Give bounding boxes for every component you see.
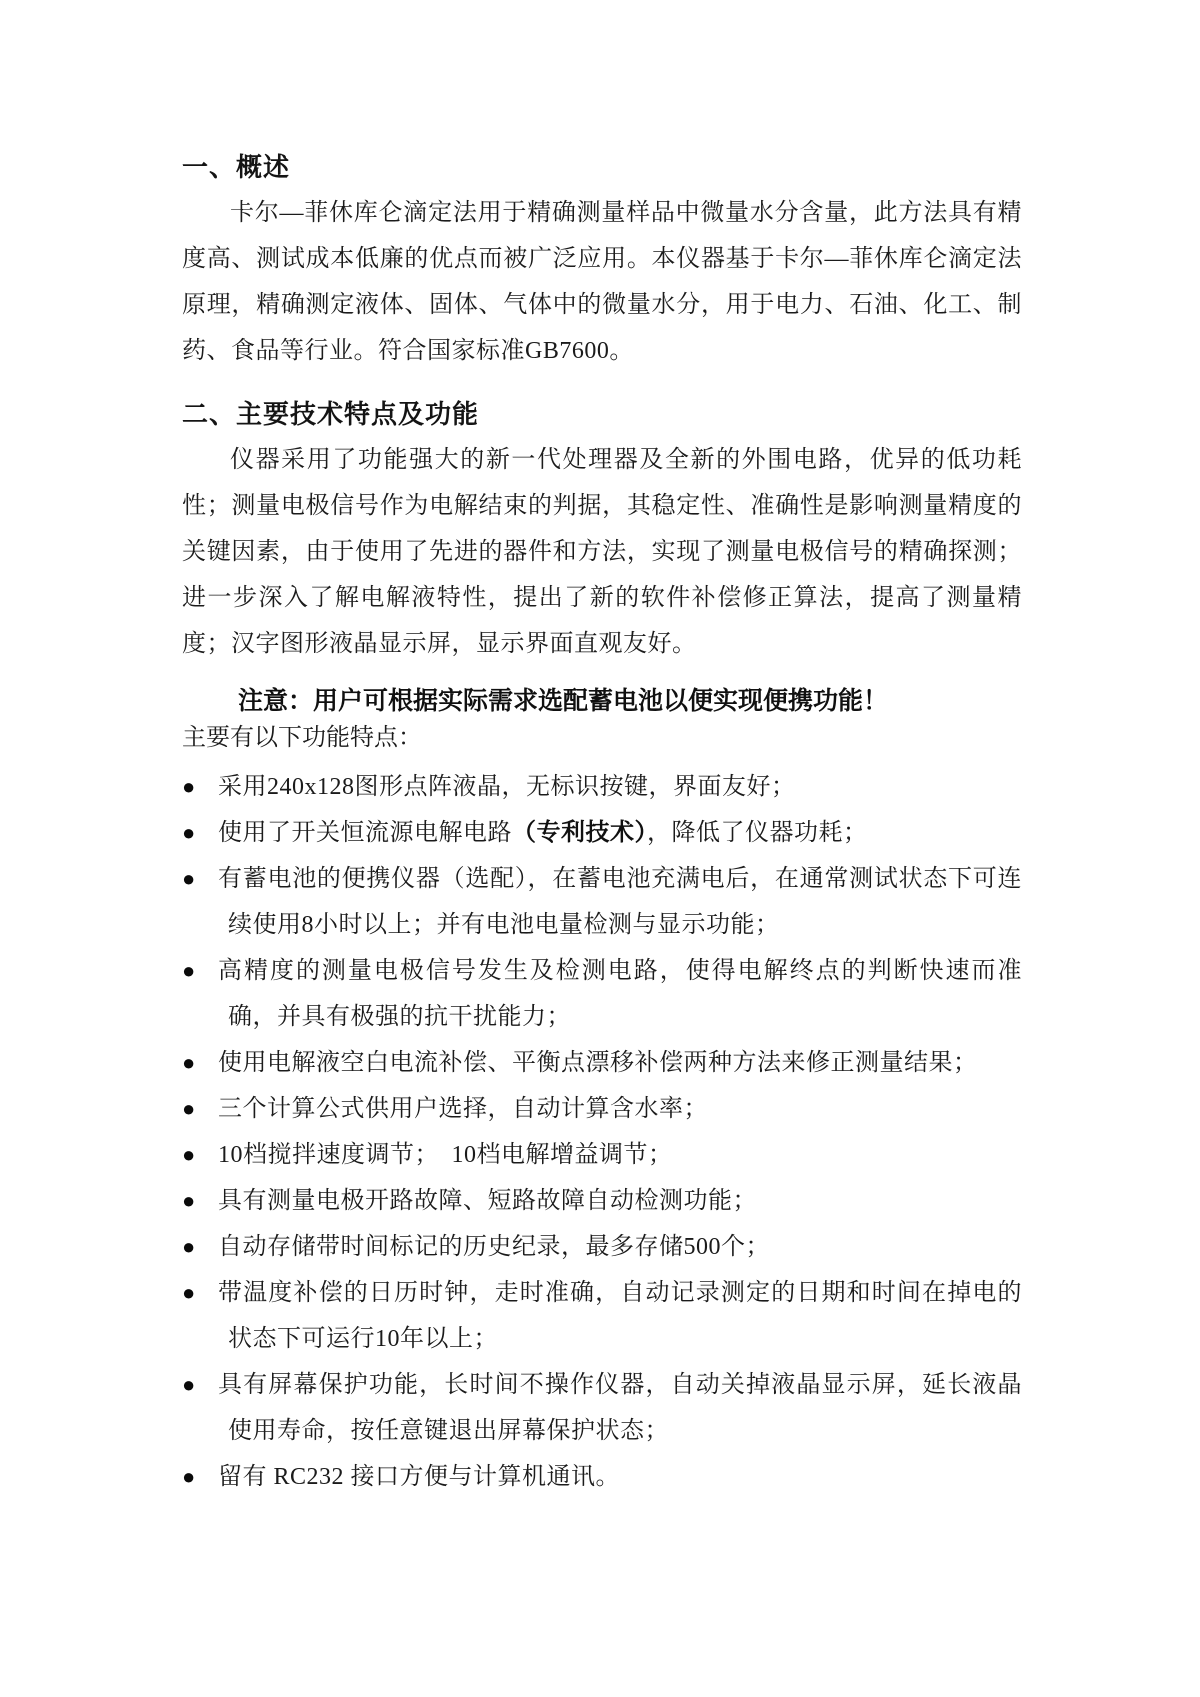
feature-text-bold: （专利技术） (512, 819, 647, 846)
feature-text: ，降低了仪器功耗； (647, 820, 868, 846)
bullet-icon: ● (182, 1178, 212, 1224)
bullet-icon: ● (182, 1454, 212, 1500)
bullet-icon: ● (182, 1224, 212, 1270)
section2-paragraph: 仪器采用了功能强大的新一代处理器及全新的外围电路，优异的低功耗性；测量电极信号作… (182, 437, 1022, 667)
feature-item-fault-detect: ●具有测量电极开路故障、短路故障自动检测功能； (182, 1178, 1022, 1224)
feature-text: 自动存储带时间标记的历史纪录，最多存储500个； (218, 1234, 770, 1260)
feature-text: 具有屏幕保护功能，长时间不操作仪器，自动关掉液晶显示屏，延长液晶使用寿命，按任意… (218, 1372, 1022, 1444)
feature-item-compensation: ●使用电解液空白电流补偿、平衡点漂移补偿两种方法来修正测量结果； (182, 1040, 1022, 1086)
section1-paragraph: 卡尔—菲休库仑滴定法用于精确测量样品中微量水分含量，此方法具有精度高、测试成本低… (182, 190, 1022, 374)
bullet-icon: ● (182, 1086, 212, 1132)
feature-item-electrode-signal: ●高精度的测量电极信号发生及检测电路，使得电解终点的判断快速而准确，并具有极强的… (182, 948, 1022, 1040)
bullet-icon: ● (182, 764, 212, 810)
feature-item-rc232: ●留有 RC232 接口方便与计算机通讯。 (182, 1454, 1022, 1500)
feature-list: ●采用240x128图形点阵液晶，无标识按键，界面友好； ●使用了开关恒流源电解… (182, 764, 1022, 1500)
bullet-icon: ● (182, 856, 212, 902)
bullet-icon: ● (182, 948, 212, 994)
feature-item-adjustment: ●10档搅拌速度调节； 10档电解增益调节； (182, 1132, 1022, 1178)
feature-text: 采用240x128图形点阵液晶，无标识按键，界面友好； (218, 774, 796, 800)
feature-item-clock: ●带温度补偿的日历时钟，走时准确，自动记录测定的日期和时间在掉电的状态下可运行1… (182, 1270, 1022, 1362)
feature-item-screensaver: ●具有屏幕保护功能，长时间不操作仪器，自动关掉液晶显示屏，延长液晶使用寿命，按任… (182, 1362, 1022, 1454)
feature-text: 有蓄电池的便携仪器（选配），在蓄电池充满电后，在通常测试状态下可连续使用8小时以… (218, 866, 1022, 938)
document-page: 一、概述 卡尔—菲休库仑滴定法用于精确测量样品中微量水分含量，此方法具有精度高、… (0, 0, 1200, 1697)
feature-text: 使用电解液空白电流补偿、平衡点漂移补偿两种方法来修正测量结果； (218, 1050, 978, 1076)
feature-text: 10档搅拌速度调节； 10档电解增益调节； (218, 1142, 673, 1168)
feature-text: 具有测量电极开路故障、短路故障自动检测功能； (218, 1188, 757, 1214)
section1-heading: 一、概述 (182, 144, 1022, 190)
feature-text: 带温度补偿的日历时钟，走时准确，自动记录测定的日期和时间在掉电的状态下可运行10… (218, 1280, 1022, 1352)
feature-item-lcd: ●采用240x128图形点阵液晶，无标识按键，界面友好； (182, 764, 1022, 810)
feature-text: 三个计算公式供用户选择，自动计算含水率； (218, 1096, 708, 1122)
bullet-icon: ● (182, 1362, 212, 1408)
bullet-icon: ● (182, 810, 212, 856)
bullet-icon: ● (182, 1270, 212, 1316)
section-overview: 一、概述 卡尔—菲休库仑滴定法用于精确测量样品中微量水分含量，此方法具有精度高、… (182, 144, 1022, 374)
feature-item-formulas: ●三个计算公式供用户选择，自动计算含水率； (182, 1086, 1022, 1132)
feature-text: 高精度的测量电极信号发生及检测电路，使得电解终点的判断快速而准确，并具有极强的抗… (218, 958, 1022, 1030)
section2-heading: 二、主要技术特点及功能 (182, 391, 1022, 437)
feature-item-battery: ●有蓄电池的便携仪器（选配），在蓄电池充满电后，在通常测试状态下可连续使用8小时… (182, 856, 1022, 948)
feature-item-storage: ●自动存储带时间标记的历史纪录，最多存储500个； (182, 1224, 1022, 1270)
section-features: 二、主要技术特点及功能 仪器采用了功能强大的新一代处理器及全新的外围电路，优异的… (182, 391, 1022, 1500)
bullet-icon: ● (182, 1132, 212, 1178)
feature-text: 使用了开关恒流源电解电路 (218, 820, 512, 846)
feature-text: 留有 RC232 接口方便与计算机通讯。 (218, 1464, 620, 1490)
bullet-icon: ● (182, 1040, 212, 1086)
feature-item-patent: ●使用了开关恒流源电解电路（专利技术），降低了仪器功耗； (182, 810, 1022, 856)
